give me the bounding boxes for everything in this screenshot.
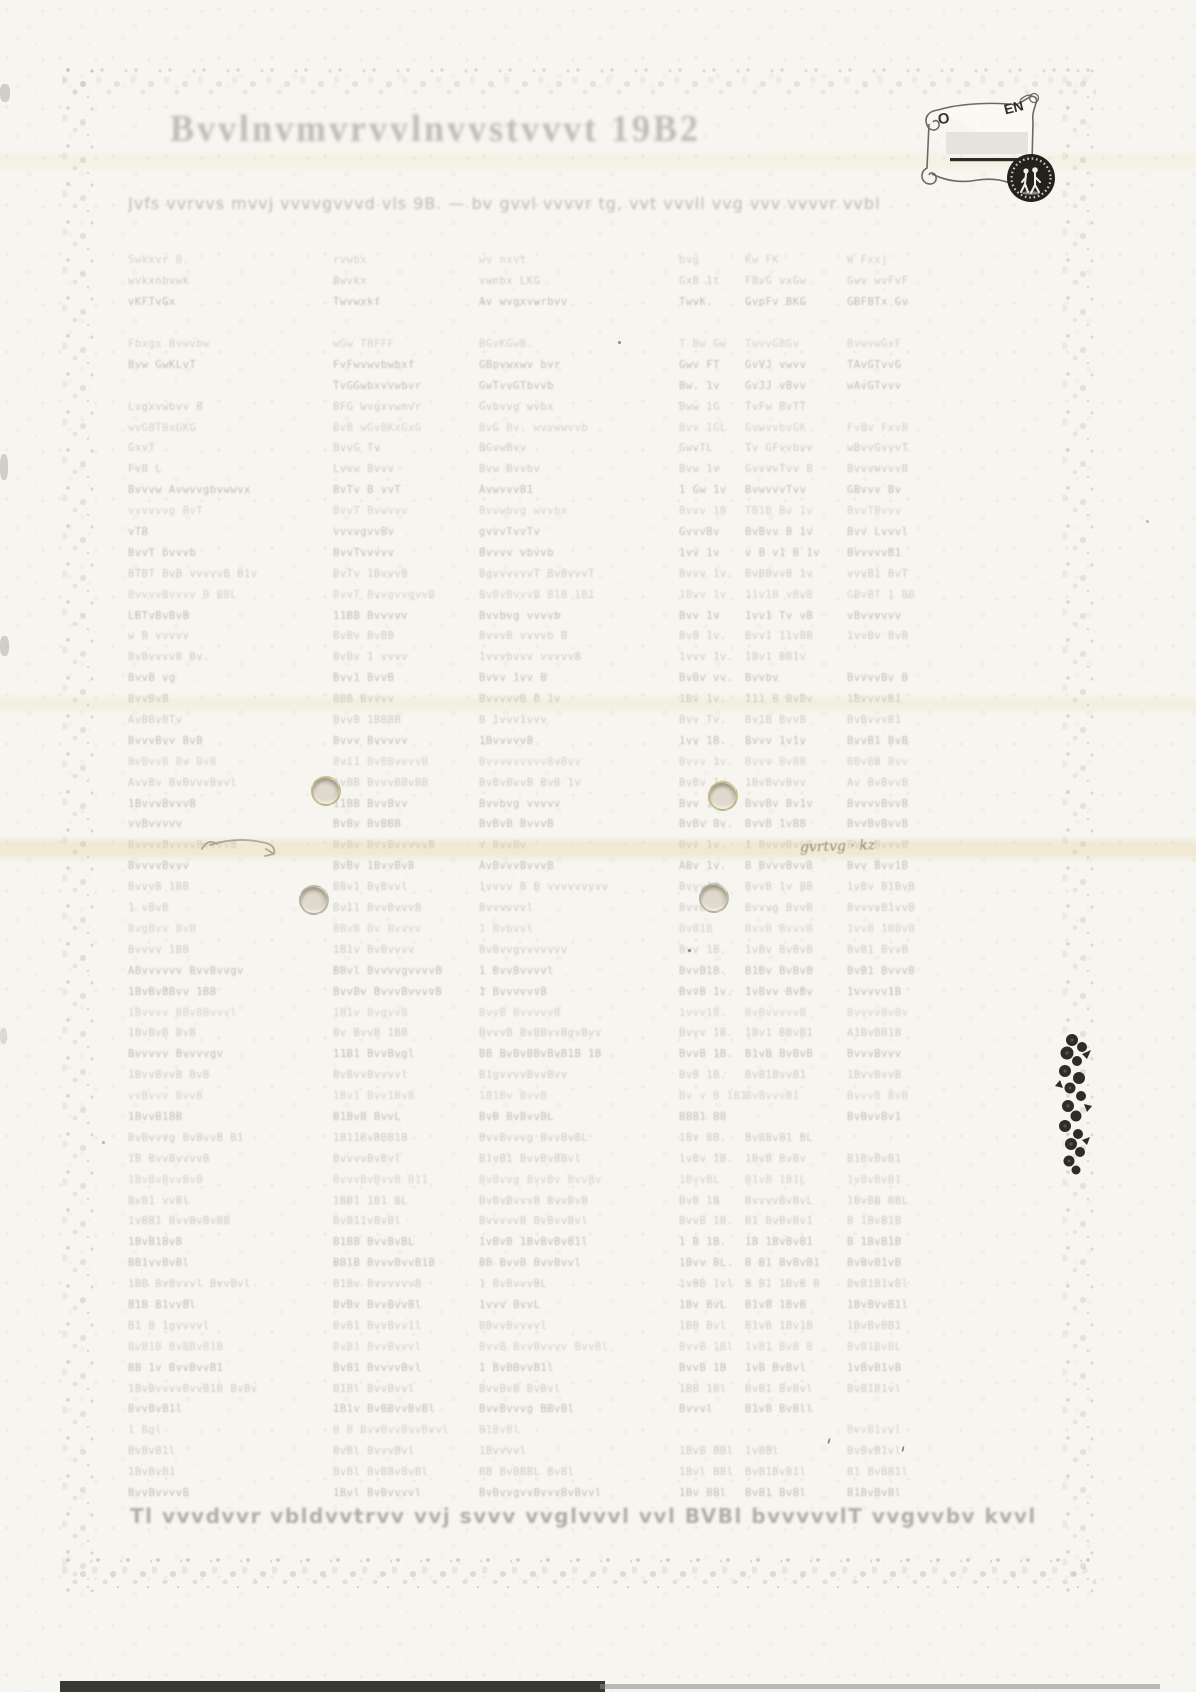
table-cell: BvvB1vvl [847,1424,954,1436]
table-cell: BBvBB Bvv [847,756,954,768]
edge-smudge [0,454,8,480]
table-cell: 1BB1 1B1 BL [333,1195,479,1207]
table-cell: BvB1B [679,923,745,935]
table-cell: 1BvBB BBL [847,1195,954,1207]
table-cell: BvvB1B [679,902,745,914]
table-cell: BvB11vBvBl [333,1215,479,1227]
table-cell: 1B 1BvBvB1 [745,1236,847,1248]
table-cell: Lvvw Bvvv [333,463,479,475]
border-top [62,62,1096,96]
table-row: 1BvvBvvB BvBBvBvvBvvvvlB1gvvvvBvvBvvBvB … [128,1065,988,1086]
table-cell: BvvBvBvvB [847,818,954,830]
table-cell: 1Bvv 1v [679,589,745,601]
table-row: Bvvvv 1BB1B1v BvBvvvvBvBvvgvvvvvvvBvv 1B… [128,939,988,960]
table-cell: AvwvvvB1 [479,484,679,496]
table-cell: 1Bv1 Bvv1BvB [333,1090,479,1102]
table-cell: BvBvB BvvvB [479,818,679,830]
table-cell: Fbxgx Bvwvbw [128,338,333,350]
table-cell: BvvT Bvwvvv [333,505,479,517]
table-cell: B1BvBvB1 [847,1153,954,1165]
table-row: BvvB vgBvv1 BvvBBvvv 1vv BBvBv vv.BvvbvB… [128,668,988,689]
table-cell: Kw FK [745,254,847,266]
table-row: B1B B1vvBlBvBv BvvBvvBl1vvv BvvL1Bv BvLB… [128,1295,988,1316]
table-cell: Bvvv Bvvvvv [333,735,479,747]
table-cell: 1Bvv BL. [679,1257,745,1269]
table-cell: 1BvBvvvvBvvB1B BvBv [128,1383,333,1395]
table-cell: 1BvvB1BB [128,1111,333,1123]
table-cell: wvGBTBxGKG [128,422,333,434]
table-cell: AvvBv BvBvvvBvvl [128,777,333,789]
table-cell: wAvGTvvv [847,380,954,392]
table-cell: Bww 1G [679,401,745,413]
table-row: ABvvvvvv BvvBvvgvBBvl BvvvvgvvvvB1 BvvBv… [128,960,988,981]
table-cell: 1vB BvBvl [745,1362,847,1374]
table-cell: wGw TBFFF [333,338,479,350]
table-cell: BvvB vg [128,672,333,684]
table-cell: 1 BvvvvvvB [479,986,679,998]
table-cell: 1vBv 1B. [679,1153,745,1165]
table-cell: Bv11 BvBBvvvvB [333,756,479,768]
table-cell: Bvvvl [679,1403,745,1415]
table-cell: BvvB 1B. [679,1215,745,1227]
table-cell: BvvvwvvvB [847,463,954,475]
table-cell: 1 vBvB [128,902,333,914]
table-cell: Bvvbvg vvvvb [479,610,679,622]
table-cell: BvB1 BvvB [847,944,954,956]
table-cell: BvBvBvvB BvB 1v [479,777,679,789]
table-cell: B1BvBvBl [847,1487,954,1499]
table-cell: 1BvBvBvvBvB [128,1174,333,1186]
table-cell: 1vBvB1vB [847,1362,954,1374]
table-cell: BvBl BvvvBvl [333,1445,479,1457]
table-row: BvBvvvg BvBvvB B11B11BvBBB1BBvvBvvvg Bvv… [128,1127,988,1148]
table-cell: BGvwBvv [479,442,679,454]
table-cell: Bv v B 1B1 [679,1090,745,1102]
table-cell: BBvvBvvvvl [479,1320,679,1332]
table-cell: vvBvvv BvvB [128,1090,333,1102]
table-cell: 1vBvv BvBv [745,986,847,998]
walkers-seal-icon [1007,154,1055,202]
table-row: BvvvB 1BBBBv1 BvBvvl1vvvv B B vvvvvvvvvB… [128,877,988,898]
table-row: BvvBvB1l1B1v BvBBvvBvBlBvvBvvvg BBvBlBvv… [128,1399,988,1420]
table-cell: Bvvv 1B [679,505,745,517]
table-row: BvvvvBvvvBvBv 1BvvBvBAvBvvvBvvvBABv 1v.B… [128,856,988,877]
table-cell: BvB1BvBL [847,1341,954,1353]
table-cell: BvB1 BvvBvvvl [333,1341,479,1353]
table-cell: BvG Bv. wvvwwvvb [479,422,679,434]
table-cell: 1BvB BvBv [745,1153,847,1165]
table-row: AvvBv BvBvvvBvvl1vBB BvvvBBvBBBvBvBvvB B… [128,772,988,793]
table-cell: 1BvBvB BvB [128,1027,333,1039]
table-cell: GwvTL [679,442,745,454]
table-cell: ABv 1v. [679,860,745,872]
table-cell: BvB1 BvvvB [847,965,954,977]
table-cell: Bvv Tv. [679,714,745,726]
table-cell: 11BB Bvvvvv [333,610,479,622]
table-cell: 1vvBv BvB [847,630,954,642]
table-row: Fbxgx BvwvbwwGw TBFFFBGvKGwB.T Bw GwTwvv… [128,334,988,355]
table-cell: BvBvBvvvB BvvBvB [479,1195,679,1207]
table-cell: BvvB BvvvB [745,923,847,935]
table-cell: 1Bv1 BB1v [745,651,847,663]
table-cell: BvBv 1BvvBvB [333,860,479,872]
table-cell: 1BB BvBvvvl BvvBvl [128,1278,333,1290]
table-cell: BvvvvBvvvvBvvvvB [128,839,333,851]
table-cell: Bvvvvvvl [479,902,679,914]
scroll-banner-logo: O EN [916,76,1076,211]
table-cell: BvBvvgvvBvvvBvBvvl [479,1487,679,1499]
table-cell: TwvvGBGv [745,338,847,350]
page-title: Bvvlnvmvrvvlnvvstvvvt 19B2 [170,106,770,172]
table-cell: BFG wvgxvwnvr [333,401,479,413]
table-cell: BvB 1v. [679,630,745,642]
table-cell: Gwv FT [679,359,745,371]
table-cell: B1vB 1B1L [745,1174,847,1186]
table-row: BvB1 vvBl1BB1 1B1 BLBvBvBvvvB BvvBvBBvB … [128,1190,988,1211]
table-cell: BvvBvvvg BBvBl [479,1403,679,1415]
table-row: 1BvBvBvvBvBBvvvBvBvvB B11BvBvvg BvvBv Bv… [128,1169,988,1190]
table-cell: 1vB1 BvB B [745,1341,847,1353]
table-cell: w B vvvvv [128,630,333,642]
table-cell: GvVJ vwvv [745,359,847,371]
table-cell: BvB BvBvvBL [479,1111,679,1123]
table-row: BvvvBvv BvBBvvv Bvvvvv1BvvvvvB1vv 1B.Bvv… [128,730,988,751]
table-cell: BvBvB1vl [847,1445,954,1457]
table-cell: Bvvbvg vvvvv [479,798,679,810]
table-cell: 1B1v BvBvvvv [333,944,479,956]
table-row: BvBvvB Bv BvBBv11 BvBBvvvvBBvvvvvvvvvBvB… [128,751,988,772]
table-cell: BvvvvvB1 [847,547,954,559]
table-cell: 11BB BvvBvv [333,798,479,810]
table-row: LBTvBvBvB11BB BvvvvvBvvbvg vvvvbBvv 1v1v… [128,605,988,626]
table-cell: BvTv B vvT [333,484,479,496]
table-cell: B 1vvv1vvv [479,714,679,726]
table-cell: B B BvvBvvBvvBvvl [333,1424,479,1436]
table-cell: 1Bvvvv BBvBBvvvl [128,1007,333,1019]
table-cell: Bvvv 1v. [679,756,745,768]
table-cell: BvvBv Bv1v [745,798,847,810]
table-cell: B1Bl BvvBvvl [333,1383,479,1395]
table-cell: Bvvvg BvvB [745,902,847,914]
table-cell: v BvvBv [479,839,679,851]
table-cell: Bv11 BvvBvvvB [333,902,479,914]
table-row: 1BvvvBvvvB11BB BvvBvvBvvbvg vvvvvBvv 1vv… [128,793,988,814]
ink-speck [102,1141,105,1144]
table-cell: 1vBvB 1BvBvBvB1l [479,1236,679,1248]
footer-line: Tl vvvdvvr vbldvvtrvv vvj svvv vvglvvvl … [130,1504,1045,1542]
table-cell: 1vvB 1BBvB [847,923,954,935]
table-cell: GxvT [128,442,333,454]
table-cell: AvBBvBTv [128,714,333,726]
table-cell: wBvvGvvvT [847,442,954,454]
table-row: 1BvB1BvBB1BB BvvBvBL1vBvB 1BvBvBvB1l1 B … [128,1232,988,1253]
table-cell: BB1B BvvvBvvB1B [333,1257,479,1269]
table-cell: 1BvB BBl [679,1445,745,1457]
table-cell: BB1vvBvBl [128,1257,333,1269]
table-cell: TvFw BvTT [745,401,847,413]
table-cell: GvvvvTvv B [745,463,847,475]
table-cell: Bvw Bvvbv [479,463,679,475]
table-cell: 1BvvvvB1 [847,693,954,705]
table-cell: vwnbx LKG [479,275,679,287]
table-cell: BvvB 1BBBB [333,714,479,726]
table-row: BvvBvBBBB BvvvvBvvvvvB B 1v1Bv 1v.111 B … [128,689,988,710]
table-row: 1BvvB1BBB1BvB BvvLBvB BvBvvBLBBB1 BBBvBv… [128,1107,988,1128]
table-cell: BvBv 1 vvvv [333,651,479,663]
table-cell: Av BvBvvB [847,777,954,789]
table-cell: 1B1Bv BvvB [479,1090,679,1102]
table-cell: B1gvvvvBvvBvv [479,1069,679,1081]
table-cell: Bvvv 1vv B [479,672,679,684]
table-row [128,313,988,334]
table-cell: B1BvBl [479,1424,679,1436]
table-cell: BvvBvB BvBvl [479,1383,679,1395]
table-cell: BvBBvvB 1v [745,568,847,580]
table-cell: BvvTvvvvv [333,547,479,559]
table-cell: BvvBv BvvvBvvvvB [333,986,479,998]
table-cell: BGvKGwB. [479,338,679,350]
table-cell: Gwv wvFvF [847,275,954,287]
table-cell: 1Bv BB. [679,1132,745,1144]
table-cell: BvB 1B. [679,1069,745,1081]
table-cell: vBvvvvvv [847,610,954,622]
table-cell: BvBvvvvB Bv. [128,651,333,663]
table-cell: 111 B BvBv [745,693,847,705]
table-cell: ABvvvvvv BvvBvvgv [128,965,333,977]
table-cell: B1BB BvvBvBL [333,1236,479,1248]
table-row: vvBvvvvvBvBv BvBBBBvBvB BvvvBBvBv Bv.Bvv… [128,814,988,835]
table-cell: BvBvBvvvB B1B 1B1 [479,589,679,601]
table-cell: 1B11BvBBB1B [333,1132,479,1144]
table-cell: 1vvvbvvv vvvvvB [479,651,679,663]
table-cell: 1BvvBvvB [847,1069,954,1081]
table-row: BB 1v BvvBvvB1BvB1 BvvvvBvl1 BvBBvvB1lBv… [128,1357,988,1378]
table-row: BvvvvBvvvv B BBLBvvT BvvgvvgvvBBvBvBvvvB… [128,584,988,605]
table-cell: 1BvvBL [679,1174,745,1186]
table-cell: 1BvBvBBvv 1BB [128,986,333,998]
table-cell: GBFBTx Gv [847,296,954,308]
table-cell: Bvv1 BvvB [333,672,479,684]
table-cell: BvwvwGxF [847,338,954,350]
table-cell: 1vvvvv1B [847,986,954,998]
table-cell: BvBvvgvvvvvvv [479,944,679,956]
table-cell: BvBvvvg BvBvvB B1 [128,1132,333,1144]
table-cell: Bvv 1v. [679,839,745,851]
table-cell: BBB Bvvvv [333,693,479,705]
table-cell: BvvvB vvvvb B [479,630,679,642]
table-row: wvkxnbvwkBwvkxvwnbx LKGGxB 1tFBvG vxGwGw… [128,271,988,292]
table-cell: 1Bv1 BBvB1 [745,1027,847,1039]
table-cell: bvg [679,254,745,266]
table-row: BvBvvvvB Bv.BvBv 1 vvvv1vvvbvvv vvvvvB1v… [128,647,988,668]
table-row: TvGGwbxvvwbvrGwTvvGTbvvbBw. 1vGvJJ vBvvw… [128,375,988,396]
table-cell: 1Bvl BvBvvvvl [333,1487,479,1499]
table-cell: vvvvvvg BvT [128,505,333,517]
table-cell: BvBvvB Bv BvB [128,756,333,768]
table-cell: GvJJ vBvv [745,380,847,392]
table-cell: 1vvv 1v. [679,651,745,663]
table-cell: BvvB BvvvvvB [479,1007,679,1019]
table-cell: TwvK. [679,296,745,308]
table-cell: 1 B 1B. [679,1236,745,1248]
table-cell: BvvvvvvvvvBvBvv [479,756,679,768]
table-cell: BvBvB1l [128,1445,333,1457]
table-cell: GvwvvbvGK [745,422,847,434]
table-cell: Bvv1 11vBB [745,630,847,642]
table-cell: TAvGTvvG [847,359,954,371]
table-row: 1 BglB B BvvBvvBvvBvvlB1BvBlBvvB1vvl [128,1420,988,1441]
table-cell: BvvB1 BvB [847,735,954,747]
table-cell: BvvvvBvBv [847,1007,954,1019]
table-cell: 1Bv BBl [679,1487,745,1499]
table-cell: FvBv FxvB [847,422,954,434]
table-cell: GBvvv Bv [847,484,954,496]
table-cell: Bvvvv vbvvb [479,547,679,559]
table-cell: Bvv Lvvvl [847,526,954,538]
table-cell: GxB 1t [679,275,745,287]
border-right [1062,62,1096,1592]
edge-smudge [0,1028,7,1044]
table-cell: Bv BvvB 1BB [333,1027,479,1039]
table-cell: 1 BvBvvvBL [479,1278,679,1290]
table-cell: B1 B 1gvvvvl [128,1320,333,1332]
table-cell: 1vv1 Tv vB [745,610,847,622]
table-cell: BvvvvBv B [847,672,954,684]
table-row: 1B BvvBvvvvBBvvvvBvBvlB1vB1 BvvBvBBvl1vB… [128,1148,988,1169]
table-cell: 1BB 1Bl [679,1383,745,1395]
table-cell: BvB1B1vl [847,1383,954,1395]
table-cell: T Bw Gw [679,338,745,350]
table-row: 1 vBvBBv11 BvvBvvvBBvvvvvvlBvvB1BBvvvg B… [128,898,988,919]
table-cell: Bvvv1B [679,881,745,893]
table-cell: BvvT BvvgvvgvvB [333,589,479,601]
table-cell: Bvv Bvv1B [847,860,954,872]
table-cell: 1BvBvB1 [128,1466,333,1478]
table-cell: B1B B1vvBl [128,1299,333,1311]
table-cell: BvvB 1v BB [745,881,847,893]
table-cell: BvvBvB1l [128,1403,333,1415]
table-cell: 1BvvvvvB [479,735,679,747]
edge-smudge [0,84,10,102]
table-row: wvGBTBxGKGBvB wGvBKxGxGBvG Bv. wvvwwvvbB… [128,417,988,438]
table-cell: BvvvvB1vvB [847,902,954,914]
table-cell: B B1 BvBvB1 [745,1257,847,1269]
table-cell: BBvB Bv Bvvvv [333,923,479,935]
table-cell: B1 BvBB1l [847,1466,954,1478]
scan-edge-strip-light [600,1684,1160,1689]
table-cell: 1vBv BvBvB [745,944,847,956]
table-cell: BvBv BvBBB [333,818,479,830]
table-cell: Bvvvv 1BB [128,944,333,956]
banner-letter-right: EN [1002,97,1025,117]
table-cell: BvB1B BvBBvB1B [128,1341,333,1353]
table-row: BvvT bvvvbBvvTvvvvvBvvvv vbvvb1vv 1vv B … [128,542,988,563]
table-cell: BvB1 BvvBvv1l [333,1320,479,1332]
table-cell: Bw. 1v [679,380,745,392]
table-cell: TB1B Bv 1v [745,505,847,517]
table-cell: Bvvvw Avwvvgbvwwvx [128,484,333,496]
table-cell: Bv1B BvvB [745,714,847,726]
table-cell: Bvv 1v [679,610,745,622]
edge-smudge [0,636,9,656]
table-cell: BvBv BvvBvvBl [333,1299,479,1311]
table-cell: GBpvwxwv bvr [479,359,679,371]
table-cell: BvvvBvBvvB B11 [333,1174,479,1186]
table-cell: B B1 1BvB B [745,1278,847,1290]
table-cell: FvFwvwvbwbxf [333,359,479,371]
table-row: 1BvBvBBvv 1BBBvvBv BvvvBvvvvB1 BvvvvvvBB… [128,981,988,1002]
table-cell: 1Bvvvvl [479,1445,679,1457]
table-cell: BvB1 BvBvl [745,1383,847,1395]
table-row: AvBBvBTvBvvB 1BBBBB 1vvv1vvvBvv Tv.Bv1B … [128,710,988,731]
table-cell: Bvv BvvvB [847,839,954,851]
table-cell: vTB [128,526,333,538]
table-row: B1 B 1gvvvvlBvB1 BvvBvv1lBBvvBvvvvl1BB B… [128,1315,988,1336]
table-cell: BvB1BvvB1 [745,1069,847,1081]
table-cell: Bvvv 1v. [679,568,745,580]
table-cell: BvB1B1vBl [847,1278,954,1290]
table-cell: BvvB BvvBvvvv BvvBl [479,1341,679,1353]
table-cell: 1vBv B1BvB [847,881,954,893]
table-cell: GvvvBv [679,526,745,538]
table-cell: 1vv 1v [679,547,745,559]
table-cell: BvBvvBv1 [847,1111,954,1123]
table-cell: BTBT BvB vvvvvB B1v [128,568,333,580]
table-row: BvB1B BvBBvB1BBvB1 BvvBvvvlBvvB BvvBvvvv… [128,1336,988,1357]
table-cell: BvgBvv BvB [128,923,333,935]
table-cell: B1vB BvBll [745,1403,847,1415]
table-cell: 1BvvvBvvvB [128,798,333,810]
table-cell: BvvBvvvvB [128,1487,333,1499]
table-row: BB1vvBvBlBB1B BvvvBvvB1BBB BvvB BvvBvvl1… [128,1253,988,1274]
table-cell: BvTv 1BvvvB [333,568,479,580]
table-cell: BvvBvB [128,693,333,705]
table-cell: BvvvvvB BvBvvBvl [479,1215,679,1227]
table-row: vKFTvGxTwvwxkfAv wvgxvwrbvvTwvK.GvpFv BK… [128,292,988,313]
table-cell: GBvBT 1 BB [847,589,954,601]
table-cell: 1B BvvBvvvvB [128,1153,333,1165]
table-cell: 11v1B vBvB [745,589,847,601]
table-cell: BBv1 BvBvvl [333,881,479,893]
table-row: Swkxvr B.rvwbxwv nxvtbvgKw FKW Fxxj [128,250,988,271]
table-row: 1BB BvBvvvl BvvBvlB1Bv BvvvvvvB1 BvBvvvB… [128,1274,988,1295]
table-cell: 1Bv BvL [679,1299,745,1311]
table-cell: BvvB 1Bl [679,1341,745,1353]
table-cell: v B v1 B 1v [745,547,847,559]
table-cell: BBvl BvvvvgvvvvB [333,965,479,977]
table-cell: B BvvvBvvB [745,860,847,872]
table-cell: BvvvBvvv [847,1048,954,1060]
table-cell: BvBvvvvvB [745,1007,847,1019]
table-cell: Av wvgxvwrbvv [479,296,679,308]
table-cell: 1vBB BvvvBBvBB [333,777,479,789]
table-row: 1BvBvB BvBBv BvvB 1BBBvvvB BvBBvvBgvBvvB… [128,1023,988,1044]
table-cell: BvB1BvB1l [745,1466,847,1478]
table-cell: TvGGwbxvvwbvr [333,380,479,392]
table-cell: 1BvBvvB1l [847,1299,954,1311]
erased-label-area [946,132,1028,154]
table-cell: AvBvvvBvvvB [479,860,679,872]
table-cell: 1 Bgl [128,1424,333,1436]
table-cell: GwTvvGTbvvb [479,380,679,392]
table-cell: BgvvvvvvT BvBvvvT [479,568,679,580]
table-cell: 1Bv 1v. [679,693,745,705]
table-row: Bvvvvv Bvvvvgv11B1 BvvBvglBB BvBvBBvBvB1… [128,1044,988,1065]
table-cell: BvwvvvTvv [745,484,847,496]
table-cell: B1Bv BvvvvvvB [333,1278,479,1290]
table-row: 1vBB1 BvvBvBvBBBvB11vBvBlBvvvvvB BvBvvBv… [128,1211,988,1232]
table-cell: 1vvv1B. [679,1007,745,1019]
